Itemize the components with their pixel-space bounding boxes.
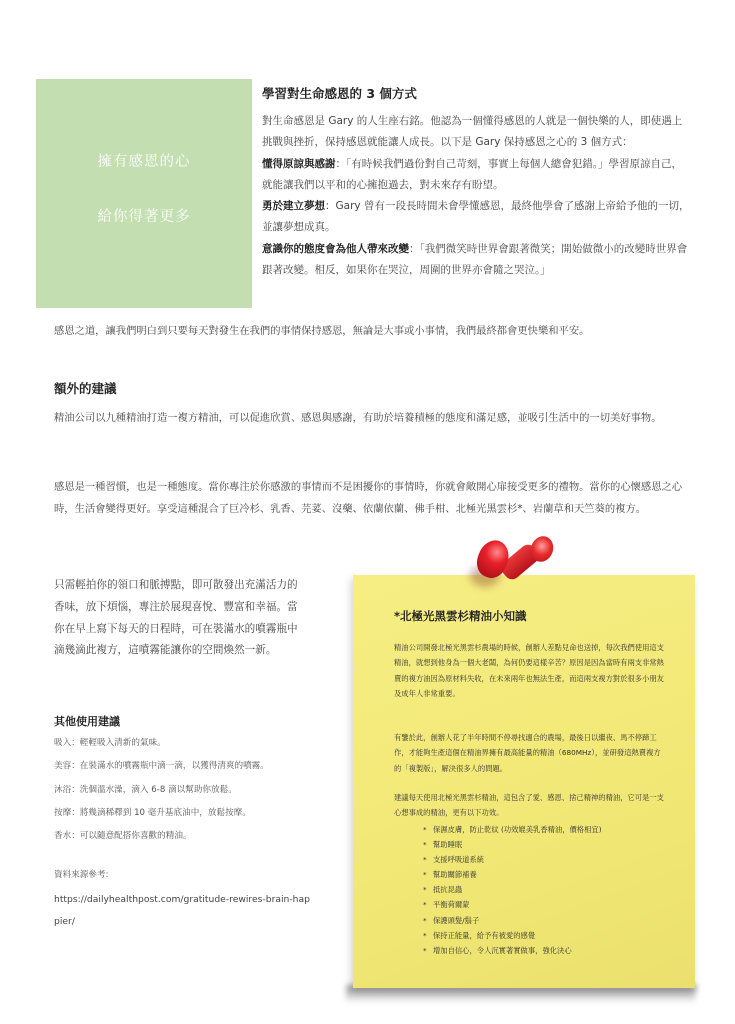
extra-paragraph-3: 只需輕拍你的領口和脈搏點，即可散發出充滿活力的香味，放下煩惱，專注於展現喜悅、豐… [54, 575, 306, 662]
benefit-text: 平衡荷爾蒙 [433, 900, 469, 909]
extra-section-title: 額外的建議 [54, 379, 117, 397]
bullet-star-icon: * [423, 943, 433, 958]
benefit-item: *支援呼吸道系統 [423, 852, 663, 867]
note-title: *北極光黑雲杉精油小知識 [394, 608, 527, 624]
usage-item-bath: 沐浴：洗個溫水澡，滴入 6-8 滴以幫助你放鬆。 [54, 783, 324, 806]
usage-item-beauty: 美容：在裝滿水的噴霧瓶中滴一滴，以獲得清爽的噴霧。 [54, 759, 324, 782]
note-paragraph-1: 精油公司開發北極光黑雲杉農場的時候，創辦人差點兒命也送掉，每次我們使用這支精油，… [394, 640, 666, 701]
benefits-list: *保濕皮膚，防止乾紋 (功效媲美乳香精油，價格相宜) *幫助睡眠 *支援呼吸道系… [423, 822, 663, 958]
benefit-item: *平衡荷爾蒙 [423, 897, 663, 912]
intro-point-1: 懂得原諒與感謝：「有時候我們過份對自己苛刻，事實上每個人總會犯錯。」學習原諒自己… [262, 154, 692, 197]
benefit-item: *幫助睡眠 [423, 837, 663, 852]
bullet-star-icon: * [423, 928, 433, 943]
benefit-item: *保持正能量，給予有被愛的感覺 [423, 928, 663, 943]
quote-line-1: 擁有感恩的心 [36, 150, 252, 171]
quote-line-2: 給你得著更多 [36, 205, 252, 226]
extra-paragraph-2: 感恩是一種習慣，也是一種態度。當你專注於你感激的事情而不是困擾你的事情時，你就會… [54, 477, 694, 520]
note-paragraph-2: 有鑒於此，創辦人花了半年時間不停尋找適合的農場，最後日以繼夜、馬不停蹄工作，才能… [394, 730, 666, 776]
quote-box: 擁有感恩的心 給你得著更多 [36, 79, 252, 308]
usage-list: 吸入：輕輕吸入清新的氣味。 美容：在裝滿水的噴霧瓶中滴一滴，以獲得清爽的噴霧。 … [54, 736, 324, 852]
summary-text: 感恩之道，讓我們明白到只要每天對發生在我們的事情保持感恩，無論是大事或小事情，我… [54, 322, 704, 337]
benefit-item: *增加自信心，令人沉實著實做事，強化決心 [423, 943, 663, 958]
extra-paragraph-1: 精油公司以九種精油打造一複方精油，可以促進欣賞、感恩與感謝，有助於培養積極的態度… [54, 408, 694, 430]
benefit-text: 抵抗昆蟲 [433, 885, 462, 894]
intro-point-2: 勇於建立夢想：Gary 曾有一段長時間未會學懂感恩，最終他學會了感謝上帝給予他的… [262, 196, 692, 239]
benefit-text: 保持正能量，給予有被愛的感覺 [433, 931, 535, 940]
source-label: 資料來源參考: [54, 868, 108, 880]
benefit-text: 幫助關節補養 [433, 870, 477, 879]
usage-title: 其他使用建議 [54, 713, 120, 729]
benefit-item: *保濕皮膚，防止乾紋 (功效媲美乳香精油，價格相宜) [423, 822, 663, 837]
intro-title: 學習對生命感恩的 3 個方式 [262, 84, 417, 102]
intro-paragraph: 對生命感恩是 Gary 的人生座右銘。他認為一個懂得感恩的人就是一個快樂的人，即… [262, 111, 692, 154]
benefit-text: 支援呼吸道系統 [433, 855, 484, 864]
bullet-star-icon: * [423, 837, 433, 852]
benefit-item: *抵抗昆蟲 [423, 882, 663, 897]
benefit-item: *幫助關節補養 [423, 867, 663, 882]
benefit-item: *保護頭髮/鬍子 [423, 913, 663, 928]
source-link[interactable]: https://dailyhealthpost.com/gratitude-re… [54, 889, 314, 933]
bullet-star-icon: * [423, 867, 433, 882]
benefit-text: 保濕皮膚，防止乾紋 (功效媲美乳香精油，價格相宜) [433, 825, 602, 834]
intro-body: 對生命感恩是 Gary 的人生座右銘。他認為一個懂得感恩的人就是一個快樂的人，即… [262, 111, 692, 281]
note-paragraph-3: 建議每天使用北極光黑雲杉精油，這包含了愛、感恩、捨己精神的精油，它可是一支心想事… [394, 790, 666, 821]
usage-item-inhale: 吸入：輕輕吸入清新的氣味。 [54, 736, 324, 759]
bullet-star-icon: * [423, 913, 433, 928]
point-heading: 勇於建立夢想 [262, 200, 325, 212]
point-heading: 懂得原諒與感謝 [262, 158, 336, 170]
bullet-star-icon: * [423, 852, 433, 867]
point-text: ：Gary 曾有一段長時間未會學懂感恩，最終他學會了感謝上帝給予他的一切，並讓夢… [262, 200, 689, 233]
benefit-text: 幫助睡眠 [433, 840, 462, 849]
point-heading: 意識你的態度會為他人帶來改變 [262, 243, 409, 255]
usage-item-perfume: 香水：可以隨意配搭你喜歡的精油。 [54, 829, 324, 852]
usage-item-massage: 按摩：將幾滴稀釋到 10 毫升基底油中，放鬆按摩。 [54, 806, 324, 829]
intro-point-3: 意識你的態度會為他人帶來改變：「我們微笑時世界會跟著微笑；開始做微小的改變時世界… [262, 239, 692, 282]
benefit-text: 增加自信心，令人沉實著實做事，強化決心 [433, 946, 572, 955]
benefit-text: 保護頭髮/鬍子 [433, 916, 479, 925]
bullet-star-icon: * [423, 882, 433, 897]
bullet-star-icon: * [423, 897, 433, 912]
bullet-star-icon: * [423, 822, 433, 837]
